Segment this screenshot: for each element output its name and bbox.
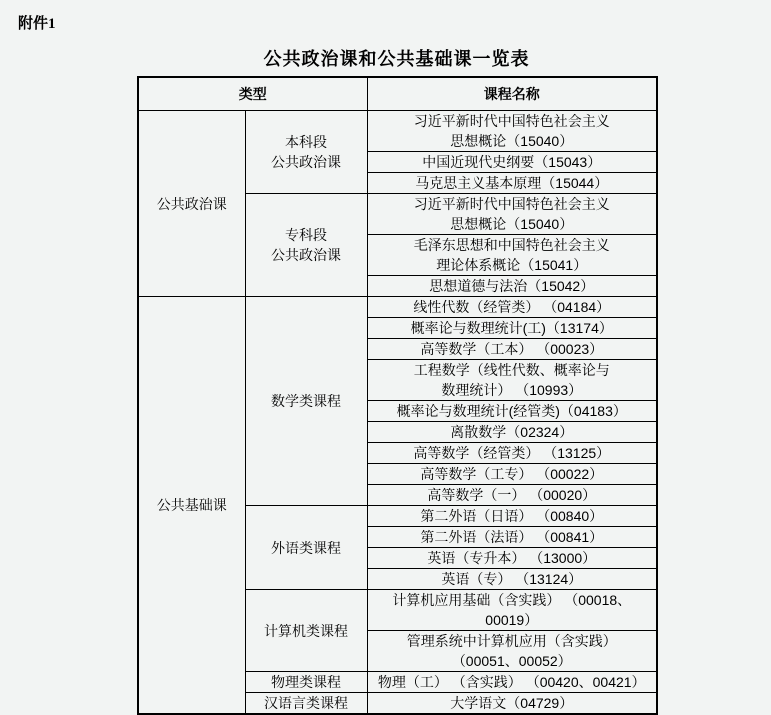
course-cell: 马克思主义基本原理（15044）: [367, 173, 657, 194]
group-cell-undergraduate-political: 本科段 公共政治课: [245, 111, 367, 194]
course-cell: 第二外语（日语） （00840）: [367, 506, 657, 527]
course-cell: 高等数学（工专） （00022）: [367, 464, 657, 485]
category-cell-public-basic: 公共基础课: [138, 297, 245, 715]
course-cell: 物理（工） （含实践） （00420、00421）: [367, 672, 657, 693]
course-cell: 概率论与数理统计(工)（13174）: [367, 318, 657, 339]
course-cell: 毛泽东思想和中国特色社会主义 理论体系概论（15041）: [367, 235, 657, 276]
table-row: 公共基础课 数学类课程 线性代数（经管类） （04184）: [138, 297, 657, 318]
course-cell: 英语（专） （13124）: [367, 569, 657, 590]
course-cell: 高等数学（经管类） （13125）: [367, 443, 657, 464]
header-cell-type: 类型: [138, 77, 367, 111]
group-cell-chinese-language: 汉语言类课程: [245, 693, 367, 715]
course-cell: 离散数学（02324）: [367, 422, 657, 443]
course-cell: 思想道德与法治（15042）: [367, 276, 657, 297]
course-cell: 高等数学（工本） （00023）: [367, 339, 657, 360]
course-cell: 概率论与数理统计(经管类)（04183）: [367, 401, 657, 422]
course-cell: 线性代数（经管类） （04184）: [367, 297, 657, 318]
course-cell: 管理系统中计算机应用（含实践） （00051、00052）: [367, 631, 657, 672]
table-header-row: 类型 课程名称: [138, 77, 657, 111]
course-cell: 大学语文（04729）: [367, 693, 657, 715]
table-row: 公共政治课 本科段 公共政治课 习近平新时代中国特色社会主义 思想概论（1504…: [138, 111, 657, 152]
course-cell: 工程数学（线性代数、概率论与 数理统计） （10993）: [367, 360, 657, 401]
header-cell-course-name: 课程名称: [367, 77, 657, 111]
course-cell: 习近平新时代中国特色社会主义 思想概论（15040）: [367, 194, 657, 235]
group-cell-math: 数学类课程: [245, 297, 367, 506]
courses-table: 类型 课程名称 公共政治课 本科段 公共政治课 习近平新时代中国特色社会主义 思…: [137, 76, 658, 715]
course-cell: 中国近现代史纲要（15043）: [367, 152, 657, 173]
group-cell-computer: 计算机类课程: [245, 590, 367, 672]
attachment-label: 附件1: [18, 12, 56, 33]
course-cell: 第二外语（法语） （00841）: [367, 527, 657, 548]
group-cell-college-political: 专科段 公共政治课: [245, 194, 367, 297]
course-cell: 英语（专升本） （13000）: [367, 548, 657, 569]
group-cell-foreign-language: 外语类课程: [245, 506, 367, 590]
group-cell-physics: 物理类课程: [245, 672, 367, 693]
course-cell: 计算机应用基础（含实践） （00018、00019）: [367, 590, 657, 631]
category-cell-public-political: 公共政治课: [138, 111, 245, 297]
course-cell: 高等数学（一） （00020）: [367, 485, 657, 506]
course-cell: 习近平新时代中国特色社会主义 思想概论（15040）: [367, 111, 657, 152]
page-title: 公共政治课和公共基础课一览表: [137, 45, 656, 71]
